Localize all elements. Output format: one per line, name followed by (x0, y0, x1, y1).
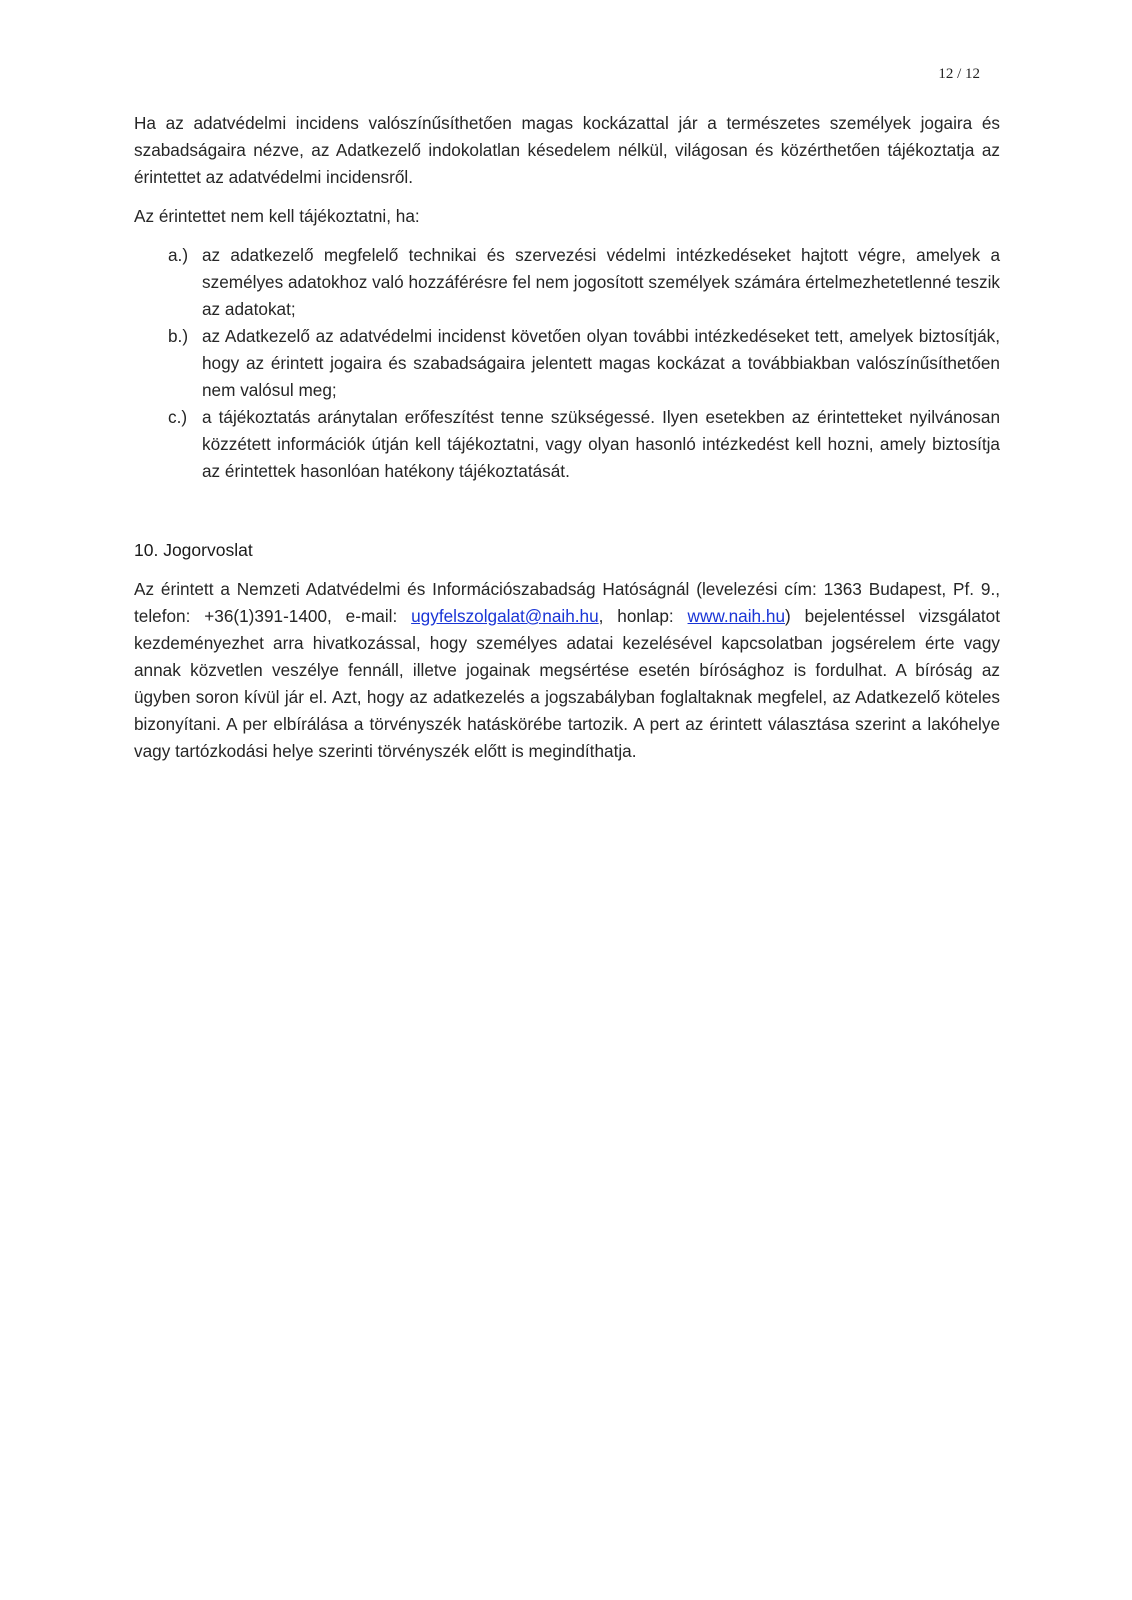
condition-text: az adatkezelő megfelelő technikai és sze… (202, 245, 1000, 319)
conditions-list: a.) az adatkezelő megfelelő technikai és… (134, 242, 1000, 485)
list-marker: c.) (168, 404, 187, 431)
page-number: 12 / 12 (938, 66, 980, 83)
email-link[interactable]: ugyfelszolgalat@naih.hu (411, 606, 599, 626)
condition-item-c: c.) a tájékoztatás aránytalan erőfeszíté… (134, 404, 1000, 485)
condition-text: a tájékoztatás aránytalan erőfeszítést t… (202, 407, 1000, 481)
list-marker: b.) (168, 323, 188, 350)
remedy-text-part3: ) bejelentéssel vizsgálatot kezdeményezh… (134, 606, 1000, 761)
remedy-text-part2: , honlap: (599, 606, 688, 626)
condition-item-b: b.) az Adatkezelő az adatvédelmi inciden… (134, 323, 1000, 404)
condition-item-a: a.) az adatkezelő megfelelő technikai és… (134, 242, 1000, 323)
condition-text: az Adatkezelő az adatvédelmi incidenst k… (202, 326, 1000, 400)
no-notice-intro: Az érintettet nem kell tájékoztatni, ha: (134, 203, 1000, 230)
remedy-paragraph: Az érintett a Nemzeti Adatvédelmi és Inf… (134, 576, 1000, 765)
list-marker: a.) (168, 242, 188, 269)
website-link[interactable]: www.naih.hu (688, 606, 785, 626)
incident-notice-paragraph: Ha az adatvédelmi incidens valószínűsíth… (134, 110, 1000, 191)
document-body: Ha az adatvédelmi incidens valószínűsíth… (134, 110, 1000, 765)
section-heading: 10. Jogorvoslat (134, 537, 1000, 564)
